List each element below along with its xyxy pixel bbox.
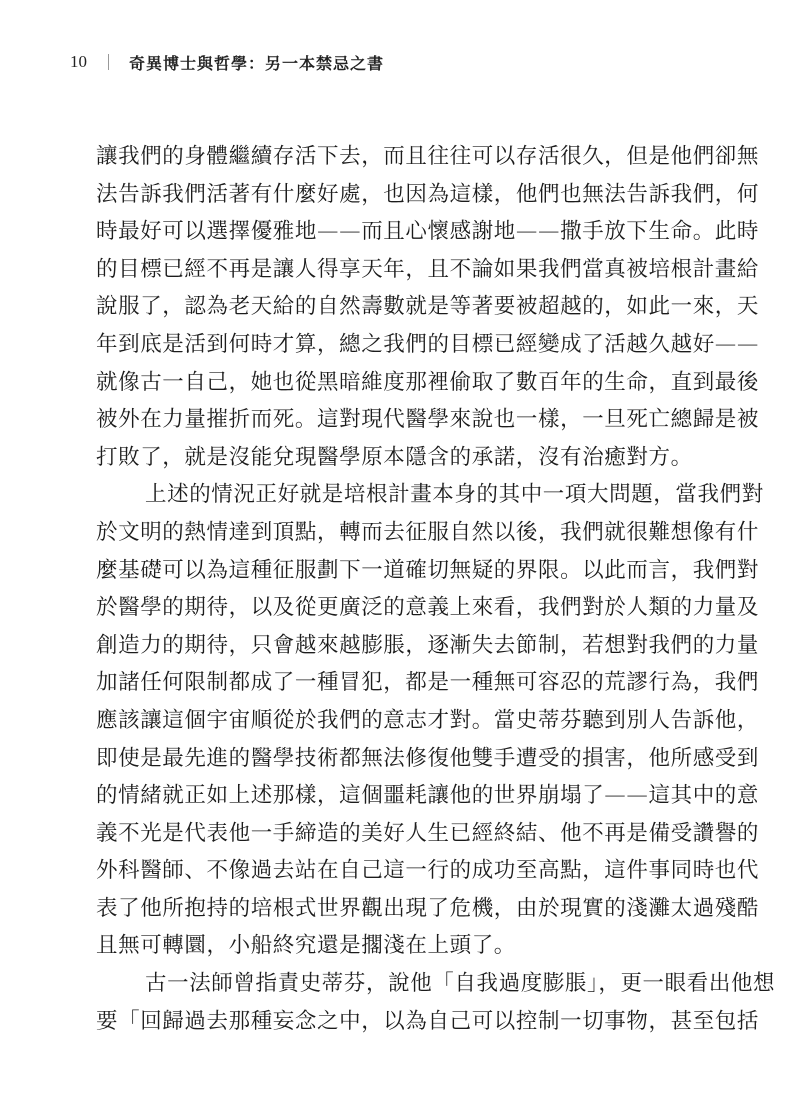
text-line: 要「回歸過去那種妄念之中，以為自己可以控制一切事物，甚至包括: [96, 1003, 710, 1041]
text-line: 表了他所抱持的培根式世界觀出現了危機，由於現實的淺灘太過殘酷: [96, 890, 710, 928]
text-line: 且無可轉圜，小船終究還是擱淺在上頭了。: [96, 927, 710, 965]
text-line: 年到底是活到何時才算，總之我們的目標已經變成了活越久越好——: [96, 326, 710, 364]
text-line: 說服了，認為老天給的自然壽數就是等著要被超越的，如此一來，天: [96, 288, 710, 326]
text-line: 應該讓這個宇宙順從於我們的意志才對。當史蒂芬聽到別人告訴他，: [96, 702, 710, 740]
paragraph-start-line: 古一法師曾指責史蒂芬，說他「自我過度膨脹」，更一眼看出他想: [96, 965, 710, 1003]
text-line: 即使是最先進的醫學技術都無法修復他雙手遭受的損害，他所感受到: [96, 740, 710, 778]
paragraph-start-line: 上述的情況正好就是培根計畫本身的其中一項大問題，當我們對: [96, 476, 710, 514]
book-title: 奇異博士與哲學：另一本禁忌之書: [129, 51, 384, 74]
text-line: 的目標已經不再是讓人得享天年，且不論如果我們當真被培根計畫給: [96, 251, 710, 289]
text-line: 的情緒就正如上述那樣，這個噩耗讓他的世界崩塌了——這其中的意: [96, 777, 710, 815]
text-line: 就像古一自己，她也從黑暗維度那裡偷取了數百年的生命，直到最後: [96, 364, 710, 402]
text-line: 打敗了，就是沒能兌現醫學原本隱含的承諾，沒有治癒對方。: [96, 439, 710, 477]
text-line: 讓我們的身體繼續存活下去，而且往往可以存活很久，但是他們卻無: [96, 138, 710, 176]
text-line: 被外在力量摧折而死。這對現代醫學來說也一樣，一旦死亡總歸是被: [96, 401, 710, 439]
text-line: 於文明的熱情達到頂點，轉而去征服自然以後，我們就很難想像有什: [96, 514, 710, 552]
body-text: 讓我們的身體繼續存活下去，而且往往可以存活很久，但是他們卻無 法告訴我們活著有什…: [96, 138, 710, 1040]
text-line: 時最好可以選擇優雅地——而且心懷感謝地——撒手放下生命。此時: [96, 213, 710, 251]
text-line: 麼基礎可以為這種征服劃下一道確切無疑的界限。以此而言，我們對: [96, 552, 710, 590]
header-divider: [108, 54, 109, 70]
text-line: 於醫學的期待，以及從更廣泛的意義上來看，我們對於人類的力量及: [96, 589, 710, 627]
text-line: 創造力的期待，只會越來越膨脹，逐漸失去節制，若想對我們的力量: [96, 627, 710, 665]
running-header: 10 奇異博士與哲學：另一本禁忌之書: [70, 50, 384, 74]
text-line: 外科醫師、不像過去站在自己這一行的成功至高點，這件事同時也代: [96, 852, 710, 890]
text-line: 加諸任何限制都成了一種冒犯，都是一種無可容忍的荒謬行為，我們: [96, 664, 710, 702]
page-number: 10: [70, 52, 104, 72]
text-line: 義不光是代表他一手締造的美好人生已經終結、他不再是備受讚譽的: [96, 815, 710, 853]
text-line: 法告訴我們活著有什麼好處，也因為這樣，他們也無法告訴我們，何: [96, 176, 710, 214]
